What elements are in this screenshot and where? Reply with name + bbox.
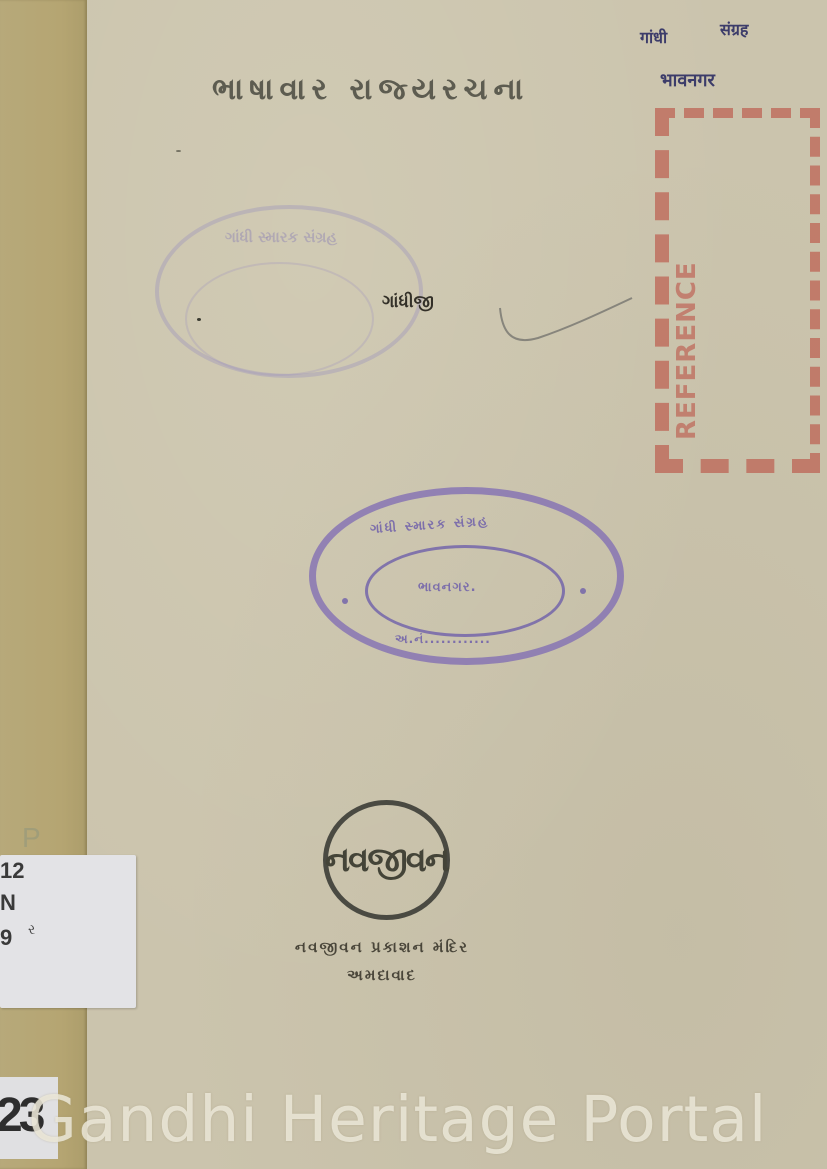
hindi-stamp-line-1a: गांधी xyxy=(640,26,667,48)
speck xyxy=(197,318,201,321)
faint-stamp-inner xyxy=(185,262,374,376)
label-line-1: 12 xyxy=(0,858,24,884)
label-line-2: N xyxy=(0,890,16,916)
pen-mark xyxy=(498,290,638,350)
navajivan-logo: નવજીવન xyxy=(323,800,450,920)
book-title: ભાષાવાર રાજ્યરચના xyxy=(212,72,529,107)
book-author: ગાંધીજી xyxy=(382,292,434,312)
speck xyxy=(176,150,181,152)
hindi-stamp-line-2: भावनगर xyxy=(660,68,715,92)
faint-stamp-text: ગાંધી સ્મારક સંગ્રહ xyxy=(225,228,337,246)
publisher-name: નવજીવન પ્રકાશન મંદિર xyxy=(252,938,512,956)
label-mark: ર xyxy=(28,922,35,938)
oval-stamp-dot-right xyxy=(580,588,586,594)
hindi-stamp-line-1b: संग्रह xyxy=(720,18,748,40)
publisher-city: અમદાવાદ xyxy=(252,966,512,984)
label-line-3: 9 xyxy=(0,925,12,951)
logo-text: નવજીવન xyxy=(325,840,448,880)
oval-stamp-middle-text: ભાવનગર. xyxy=(418,580,477,595)
oval-stamp-dot-left xyxy=(342,598,348,604)
reference-stamp-text: REFERENCE xyxy=(672,261,702,440)
oval-stamp-bottom-text: અ.નં............ xyxy=(395,632,491,647)
spine-faint-letter: P xyxy=(22,822,41,854)
watermark: Gandhi Heritage Portal xyxy=(28,1083,767,1156)
